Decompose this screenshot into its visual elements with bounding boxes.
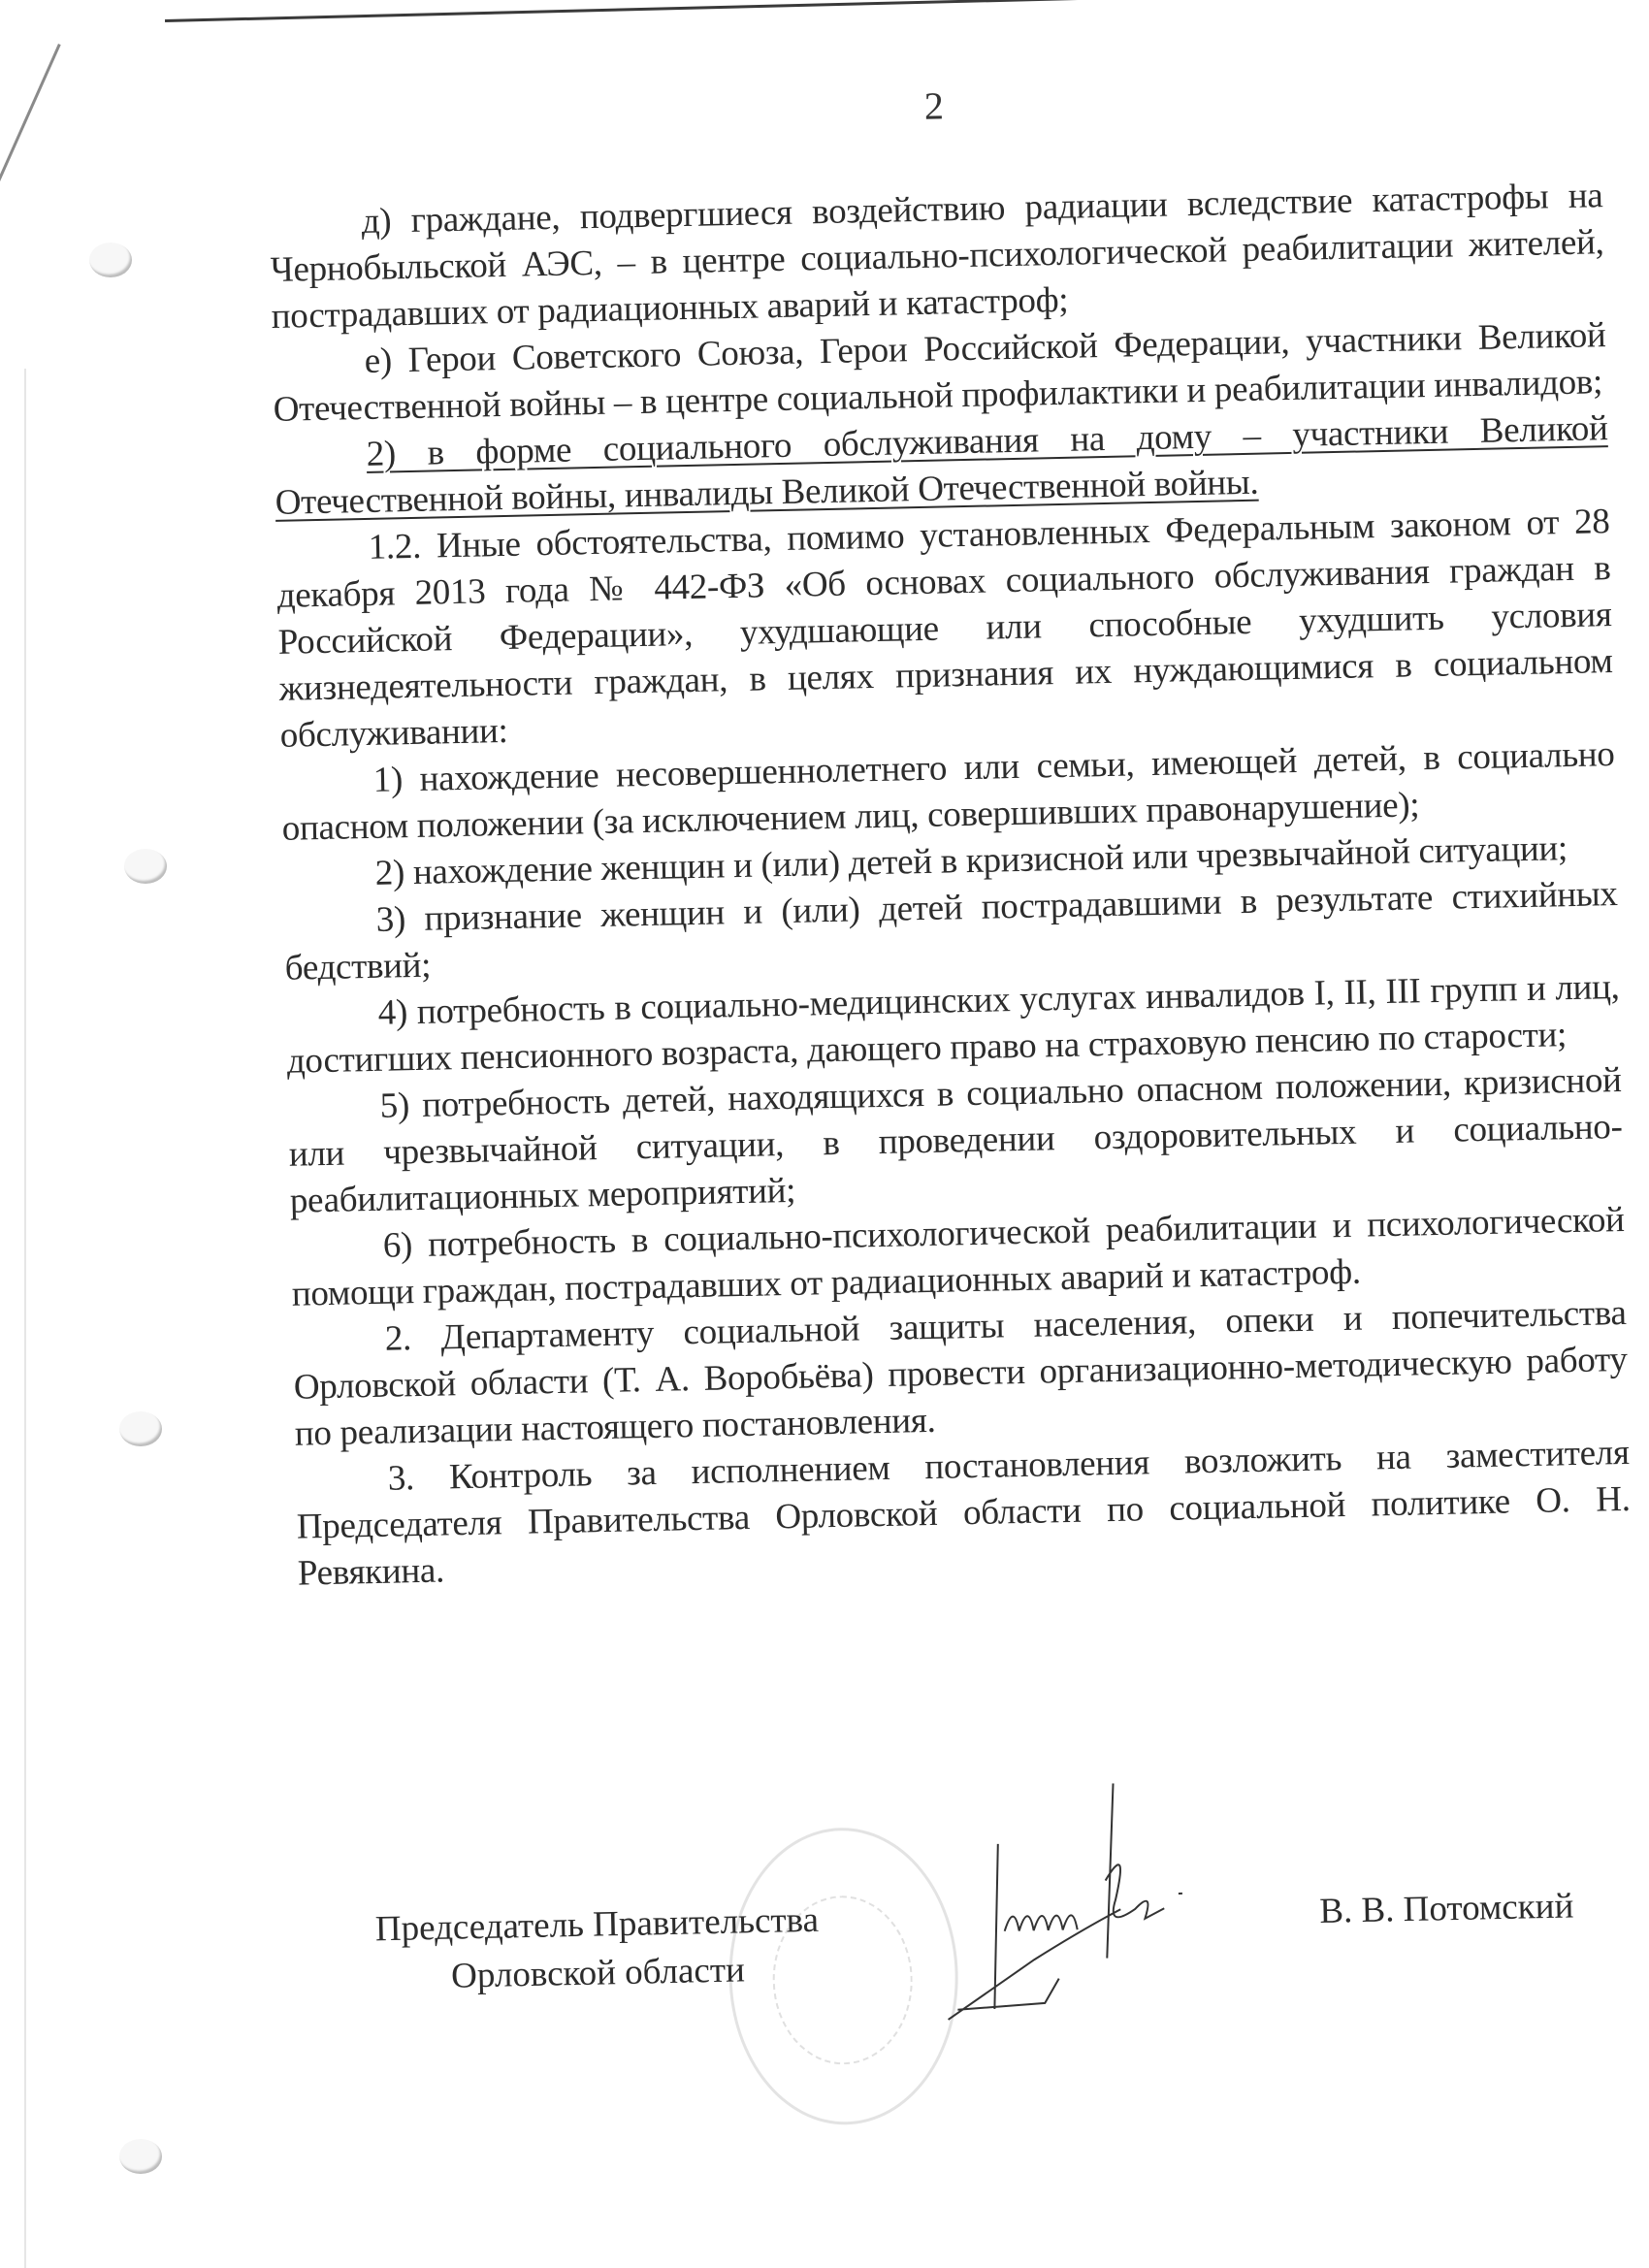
handwritten-signature-icon: [886, 1781, 1240, 2040]
document-body: 2 д) граждане, подвергшиеся воздействию …: [267, 69, 1632, 1597]
paragraph-2-department: 2. Департаменту социальной защиты населе…: [292, 1290, 1629, 1458]
signature-block: Председатель Правительства Орловской обл…: [344, 1880, 1609, 2100]
signatory-title: Председатель Правительства Орловской обл…: [344, 1895, 851, 2003]
punch-hole: [119, 1411, 162, 1446]
punch-hole: [119, 2139, 162, 2174]
paragraph-1-2: 1.2. Иные обстоятельства, помимо установ…: [275, 499, 1614, 760]
page-top-edge: [165, 0, 1649, 48]
paragraph-d: д) граждане, подвергшиеся воздействию ра…: [269, 173, 1605, 340]
punch-hole: [124, 849, 167, 884]
page-left-edge: [24, 369, 26, 2268]
paragraph-3-control: 3. Контроль за исполнением постановления…: [295, 1430, 1632, 1598]
signatory-name: В. В. Потомский: [1319, 1885, 1574, 1931]
list-item-5: 5) потребность детей, находящихся в соци…: [287, 1057, 1624, 1225]
page-number: 2: [267, 69, 1601, 143]
scanned-page: 2 д) граждане, подвергшиеся воздействию …: [0, 0, 1649, 2268]
page-corner-fold: [0, 44, 61, 346]
punch-hole: [89, 243, 132, 277]
